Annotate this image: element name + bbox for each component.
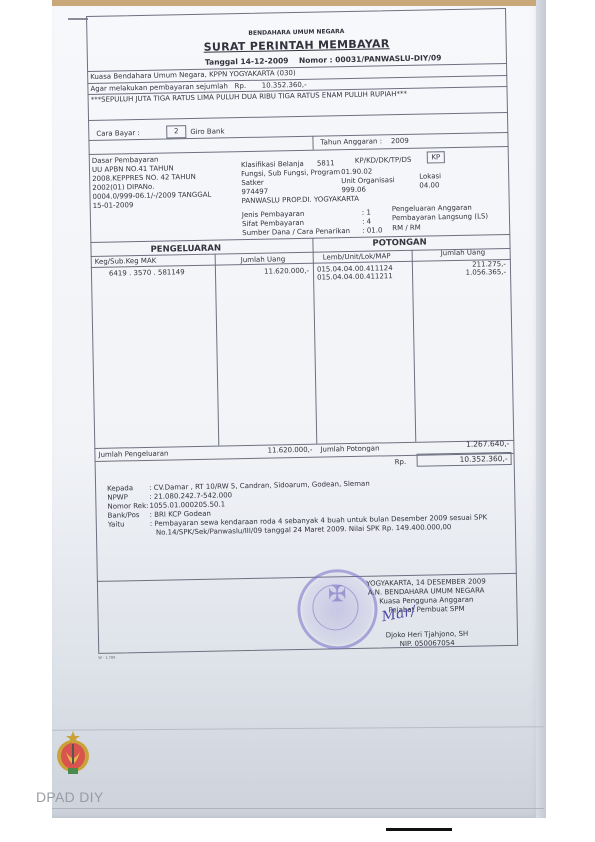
net-label: Rp. [395, 458, 407, 466]
jenis-code: : 1 [362, 209, 371, 217]
jenis-label: Jenis Pembayaran [242, 210, 305, 219]
sumber-code: : 01.0 [362, 226, 382, 234]
method-label: Cara Bayar : [96, 129, 140, 138]
instruction-amount: 10.352.360,- [262, 81, 307, 90]
fungsi-value: 01.90.02 [341, 168, 372, 177]
paper-right-shadow [536, 0, 546, 818]
sifat-code: : 4 [362, 218, 371, 226]
unit-label: Unit Organisasi [341, 176, 395, 185]
total-potongan-label: Jumlah Potongan [320, 444, 379, 453]
net-amount-box: 10.352.360,- [417, 452, 512, 467]
satker-value: 974497 [241, 188, 268, 197]
pengeluaran-code: 6419 . 3570 . 581149 [109, 268, 185, 277]
method-name: Giro Bank [190, 127, 224, 136]
instruction-currency: Rp. [235, 82, 247, 90]
watermark: DPAD DIY [36, 789, 104, 805]
sifat-label: Sifat Pembayaran [242, 219, 304, 228]
col-keg-mak: Keg/Sub.Keg MAK [95, 257, 157, 266]
date-value: 14-12-2009 [240, 56, 288, 66]
klasifikasi-value: 5811 [317, 159, 335, 167]
total-potongan: 1.267.640,- [415, 439, 509, 450]
signatory-nip: NIP. 050067054 [342, 638, 512, 650]
form-code: W - 1.789 [98, 656, 115, 660]
unit-value: 999.06 [341, 186, 366, 194]
form-frame [86, 8, 518, 654]
kp-value-box: KP [427, 151, 445, 163]
col-lemb-unit: Lemb/Unit/Lok/MAP [323, 252, 391, 261]
potongan-header: POTONGAN [372, 238, 426, 249]
yaitu-label: Yaitu [108, 520, 149, 530]
potongan-code: 015.04.04.00.411211 [317, 272, 393, 281]
sumber-desc: RM / RM [392, 224, 421, 233]
recipient-values: : CV.Damar , RT 10/RW 5, Candran, Sidoar… [149, 477, 487, 537]
total-pengeluaran-label: Jumlah Pengeluaran [98, 450, 168, 459]
number-label: Nomor : [299, 55, 333, 65]
jenis-desc: Pengeluaran Anggaran [392, 204, 472, 214]
fiscal-year-label: Tahun Anggaran : [320, 137, 382, 146]
signature-block: YOGYAKARTA, 14 DESEMBER 2009 A.N. BENDAH… [341, 577, 512, 650]
fiscal-year: 2009 [391, 137, 409, 145]
rek-label: Nomor Rek: [107, 502, 148, 512]
spm-form: BENDAHARA UMUM NEGARA SURAT PERINTAH MEM… [86, 8, 518, 656]
lokasi-label: Lokasi [419, 172, 441, 180]
paper-bottom-edge [52, 808, 544, 809]
col-jumlah-uang-potongan: Jumlah Uang [441, 248, 486, 257]
bottom-bar [386, 828, 452, 831]
klasifikasi-label: Klasifikasi Belanja [241, 160, 304, 169]
corner-mark [68, 18, 88, 20]
dpad-diy-logo-icon [54, 730, 92, 776]
paper-top-edge [52, 0, 544, 6]
recipient-labels: Kepada NPWP Nomor Rek: Bank/Pos Yaitu [107, 484, 149, 530]
basis-block: Dasar Pembayaran UU APBN NO.41 TAHUN 200… [92, 155, 212, 211]
date-label: Tanggal [205, 57, 238, 67]
lokasi-value: 04.00 [419, 181, 439, 189]
method-code-box: 2 [166, 125, 186, 138]
satker-label: Satker [241, 179, 264, 187]
kp-label: KP/KD/DK/TP/DS [355, 156, 412, 165]
